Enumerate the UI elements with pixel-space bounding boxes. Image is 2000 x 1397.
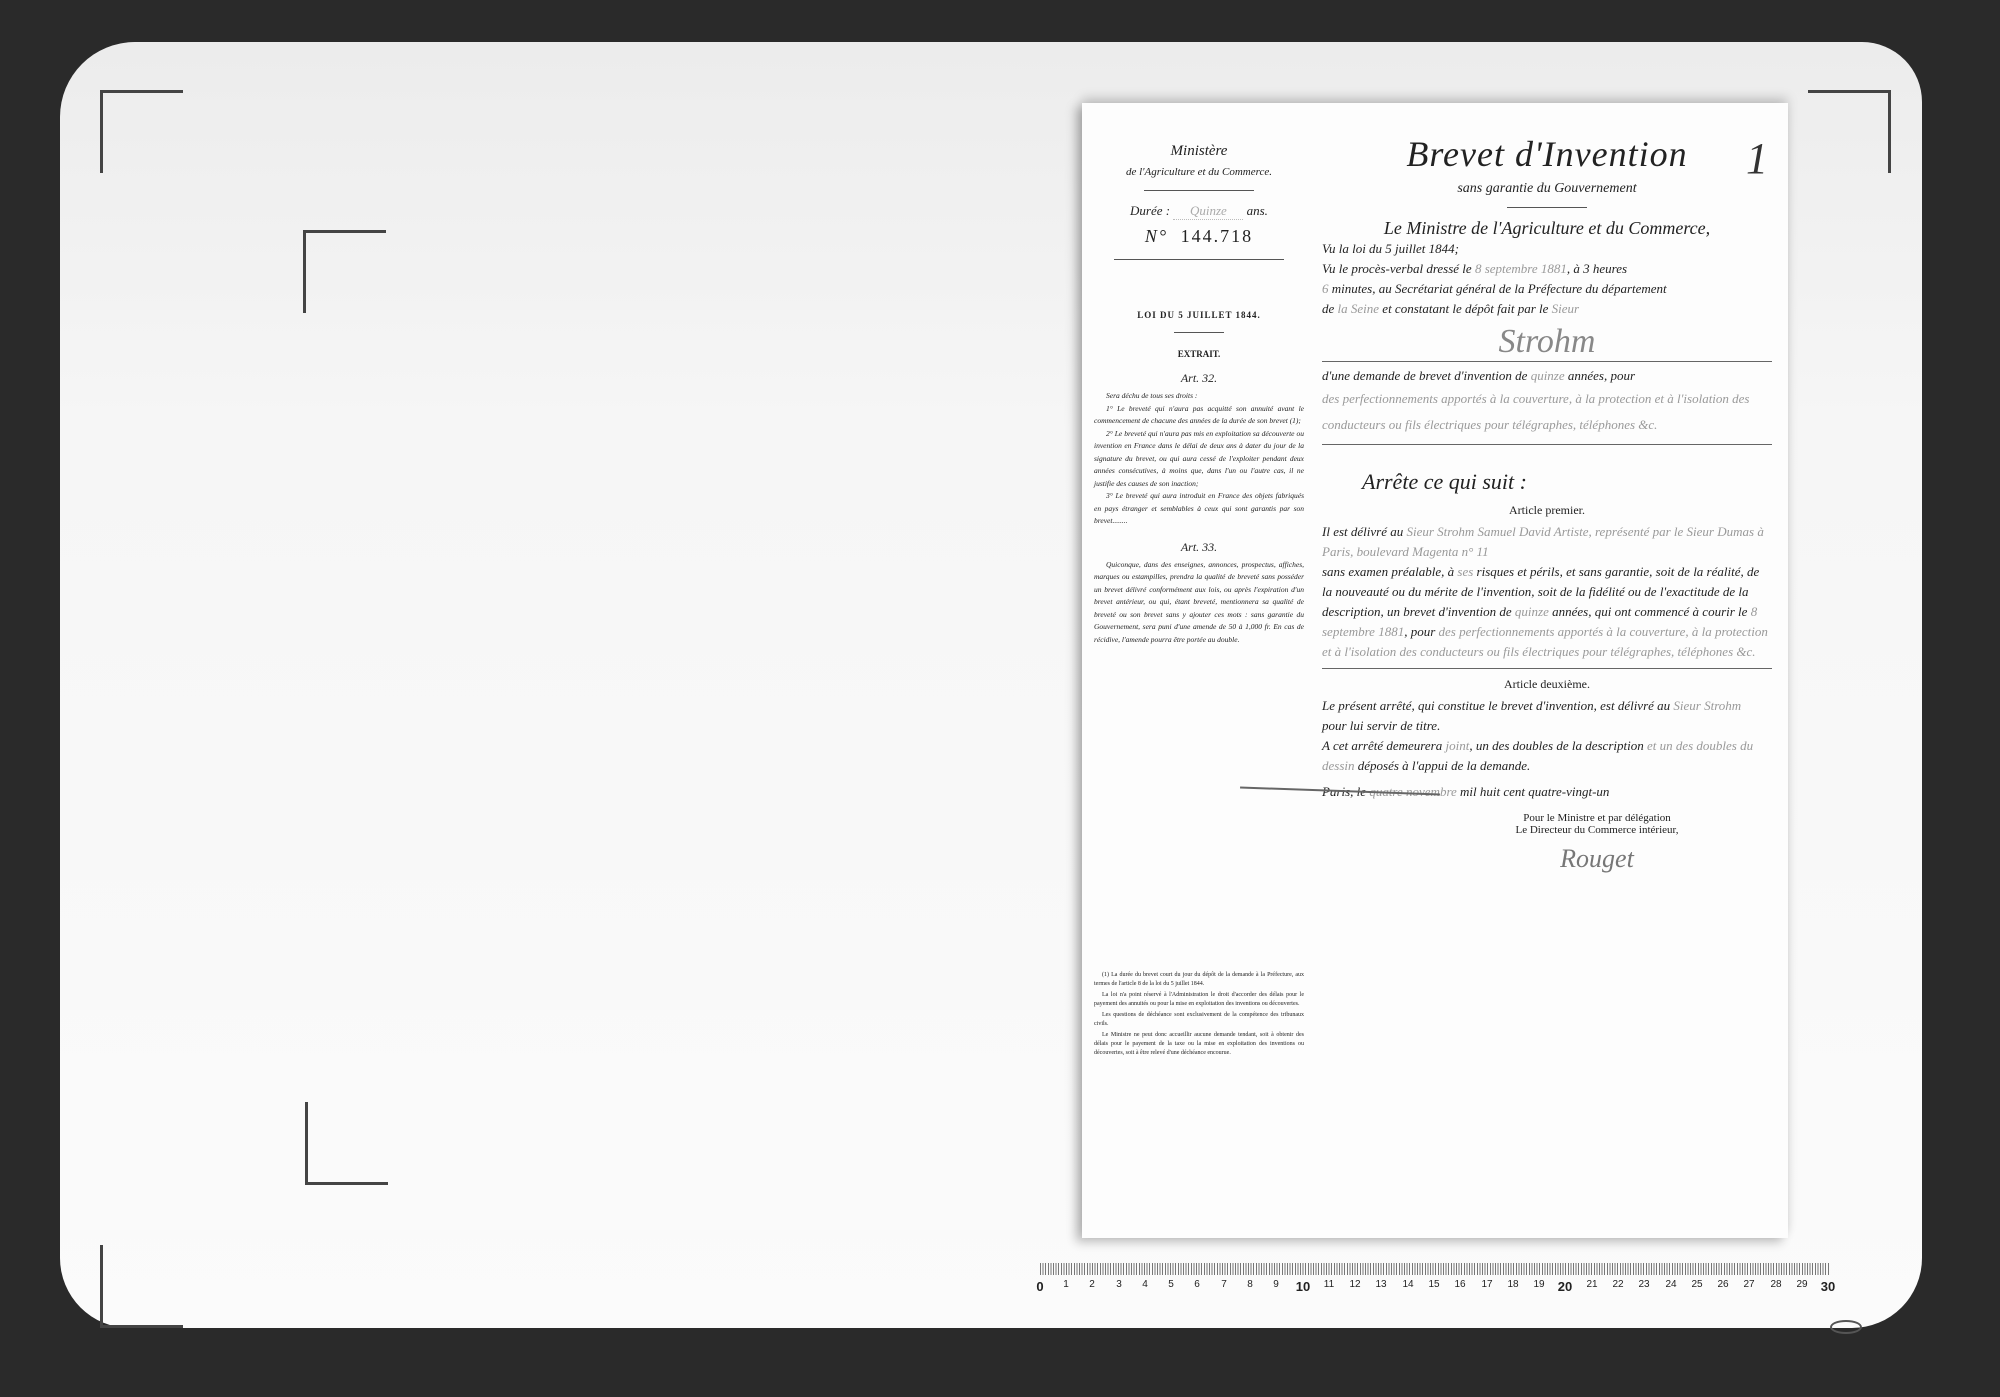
signature-block: Pour le Ministre et par délégation Le Di… <box>1422 812 1772 874</box>
ruler-label: 9 <box>1273 1279 1279 1290</box>
left-column: Ministère de l'Agriculture et du Commerc… <box>1094 143 1304 646</box>
ruler-label: 23 <box>1638 1279 1649 1290</box>
extrait-label: EXTRAIT. <box>1094 349 1304 359</box>
crop-mark-bottom-left-inner <box>305 1102 388 1185</box>
measuring-ruler: 0 1 2 3 4 5 6 7 8 9 10 11 12 13 14 15 16… <box>1035 1263 1835 1303</box>
numero-label: N° <box>1145 226 1168 246</box>
ruler-label: 0 <box>1036 1279 1043 1294</box>
article1-delivered: Il est délivré au Sieur Strohm Samuel Da… <box>1322 522 1772 562</box>
crop-mark-top-right-outer <box>1808 90 1891 173</box>
ruler-label: 17 <box>1481 1279 1492 1290</box>
ruler-label: 28 <box>1770 1279 1781 1290</box>
depot-text: et constatant le dépôt fait par le <box>1382 301 1548 316</box>
arrete-heading: Arrête ce qui suit : <box>1362 469 1772 495</box>
article1-hand: ses <box>1457 564 1473 579</box>
crop-mark-bottom-left-outer <box>100 1245 183 1328</box>
document-title: Brevet d'Invention <box>1322 133 1772 175</box>
ruler-label: 14 <box>1402 1279 1413 1290</box>
demande-years: quinze <box>1531 368 1565 383</box>
archive-stamp-icon <box>1830 1320 1862 1334</box>
ruler-label: 20 <box>1558 1279 1572 1294</box>
patent-document-page: 1 Ministère de l'Agriculture et du Comme… <box>1082 103 1788 1238</box>
ministry-subtitle: de l'Agriculture et du Commerce. <box>1094 166 1304 178</box>
ruler-label: 24 <box>1665 1279 1676 1290</box>
article1-text: pour <box>1411 624 1436 639</box>
article2-hand: joint <box>1445 738 1469 753</box>
ruler-label: 12 <box>1349 1279 1360 1290</box>
signature-line2: Le Directeur du Commerce intérieur, <box>1422 824 1772 836</box>
delivered-prefix: Il est délivré au <box>1322 524 1403 539</box>
art32-paragraph: 2° Le breveté qui n'aura pas mis en expl… <box>1094 428 1304 491</box>
article2-heading: Article deuxième. <box>1322 677 1772 692</box>
duree-line: Durée : Quinze ans. <box>1094 203 1304 220</box>
demande-prefix: d'une demande de brevet d'invention de <box>1322 368 1527 383</box>
ruler-label: 27 <box>1743 1279 1754 1290</box>
ruler-label: 25 <box>1691 1279 1702 1290</box>
deposit-minutes: 6 <box>1322 281 1329 296</box>
art33-paragraph: Quiconque, dans des enseignes, annonces,… <box>1094 559 1304 647</box>
ruler-label: 26 <box>1717 1279 1728 1290</box>
art32-paragraph: Sera déchu de tous ses droits : <box>1094 390 1304 403</box>
ruler-label: 4 <box>1142 1279 1148 1290</box>
art33-heading: Art. 33. <box>1094 540 1304 555</box>
demande-line: d'une demande de brevet d'invention de q… <box>1322 366 1772 386</box>
ruler-label: 1 <box>1063 1279 1069 1290</box>
demande-suffix: années, pour <box>1568 368 1635 383</box>
ministry-title: Ministère <box>1094 143 1304 160</box>
divider <box>1174 332 1224 333</box>
document-subtitle: sans garantie du Gouvernement <box>1322 181 1772 197</box>
department: la Seine <box>1338 301 1380 316</box>
divider <box>1144 190 1254 191</box>
department-line: de la Seine et constatant le dépôt fait … <box>1322 299 1772 319</box>
ruler-label: 8 <box>1247 1279 1253 1290</box>
ruler-label: 22 <box>1612 1279 1623 1290</box>
deposit-date: 8 septembre 1881 <box>1475 261 1567 276</box>
ruler-label: 16 <box>1454 1279 1465 1290</box>
crop-mark-top-left-outer <box>100 90 183 173</box>
ruler-labels: 0 1 2 3 4 5 6 7 8 9 10 11 12 13 14 15 16… <box>1035 1279 1835 1295</box>
dept-prefix: de <box>1322 301 1334 316</box>
article2-text: A cet arrêté demeurera <box>1322 738 1442 753</box>
article2-text: déposés à l'appui de la demande. <box>1358 758 1530 773</box>
art32-paragraph: 1° Le breveté qui n'aura pas acquitté so… <box>1094 403 1304 428</box>
signature: Rouget <box>1422 844 1772 874</box>
footnote-paragraph: (1) La durée du brevet court du jour du … <box>1094 971 1304 989</box>
ruler-label: 15 <box>1428 1279 1439 1290</box>
ruler-label: 30 <box>1821 1279 1835 1294</box>
vu-proces-cont: 6 minutes, au Secrétariat général de la … <box>1322 279 1772 299</box>
paris-date-suffix: mil huit cent quatre-vingt-un <box>1460 784 1609 799</box>
article1-text: années, qui ont commencé à courir le <box>1552 604 1747 619</box>
minister-line: Le Ministre de l'Agriculture et du Comme… <box>1322 218 1772 239</box>
patent-number-line: N° 144.718 <box>1094 226 1304 247</box>
deposit-time: , à 3 heures <box>1567 261 1627 276</box>
footnote: (1) La durée du brevet court du jour du … <box>1094 971 1304 1060</box>
article1-text: sans examen préalable, à <box>1322 564 1454 579</box>
patent-number: 144.718 <box>1181 226 1254 246</box>
ruler-label: 13 <box>1375 1279 1386 1290</box>
divider <box>1322 668 1772 669</box>
footnote-paragraph: La loi n'a point réservé à l'Administrat… <box>1094 991 1304 1009</box>
ruler-label: 6 <box>1194 1279 1200 1290</box>
ruler-label: 19 <box>1533 1279 1544 1290</box>
crop-mark-top-left-inner <box>303 230 386 313</box>
divider <box>1507 207 1587 208</box>
ruler-label: 2 <box>1089 1279 1095 1290</box>
art32-text: Sera déchu de tous ses droits : 1° Le br… <box>1094 390 1304 528</box>
ruler-label: 18 <box>1507 1279 1518 1290</box>
footnote-paragraph: Le Ministre ne peut donc accueillir aucu… <box>1094 1031 1304 1058</box>
article2-text: Le présent arrêté, qui constitue le brev… <box>1322 698 1670 713</box>
vu-proces-line: Vu le procès-verbal dressé le 8 septembr… <box>1322 259 1772 279</box>
vu-proces-cont-text: minutes, au Secrétariat général de la Pr… <box>1332 281 1667 296</box>
ruler-ticks <box>1040 1263 1830 1275</box>
vu-loi: Vu la loi du 5 juillet 1844; <box>1322 239 1772 259</box>
signature-line1: Pour le Ministre et par délégation <box>1422 812 1772 824</box>
ruler-label: 10 <box>1296 1279 1310 1294</box>
article1-years: quinze <box>1515 604 1549 619</box>
art32-paragraph: 3° Le breveté qui aura introduit en Fran… <box>1094 490 1304 528</box>
divider <box>1322 444 1772 445</box>
duree-unit: ans. <box>1247 203 1268 218</box>
right-column: Brevet d'Invention sans garantie du Gouv… <box>1322 133 1772 874</box>
footnote-paragraph: Les questions de déchéance sont exclusiv… <box>1094 1011 1304 1029</box>
ruler-label: 11 <box>1324 1279 1334 1290</box>
article1-heading: Article premier. <box>1322 503 1772 518</box>
divider <box>1114 259 1284 260</box>
ruler-label: 7 <box>1221 1279 1227 1290</box>
duree-value: Quinze <box>1173 203 1243 220</box>
applicant-name: Strohm <box>1322 323 1772 362</box>
article2-text: pour lui servir de titre. <box>1322 718 1440 733</box>
duree-label: Durée : <box>1130 203 1170 218</box>
article2-body: Le présent arrêté, qui constitue le brev… <box>1322 696 1772 776</box>
law-title: LOI DU 5 JUILLET 1844. <box>1094 310 1304 320</box>
depot-by: Sieur <box>1552 301 1579 316</box>
article1-body: sans examen préalable, à ses risques et … <box>1322 562 1772 662</box>
ruler-label: 3 <box>1116 1279 1122 1290</box>
art33-text: Quiconque, dans des enseignes, annonces,… <box>1094 559 1304 647</box>
art32-heading: Art. 32. <box>1094 371 1304 386</box>
article2-text: , un des doubles de la description <box>1469 738 1643 753</box>
ruler-label: 21 <box>1586 1279 1597 1290</box>
article2-to: Sieur Strohm <box>1673 698 1741 713</box>
vu-proces-prefix: Vu le procès-verbal dressé le <box>1322 261 1472 276</box>
invention-title: des perfectionnements apportés à la couv… <box>1322 386 1772 438</box>
ruler-label: 29 <box>1796 1279 1807 1290</box>
ruler-label: 5 <box>1168 1279 1174 1290</box>
